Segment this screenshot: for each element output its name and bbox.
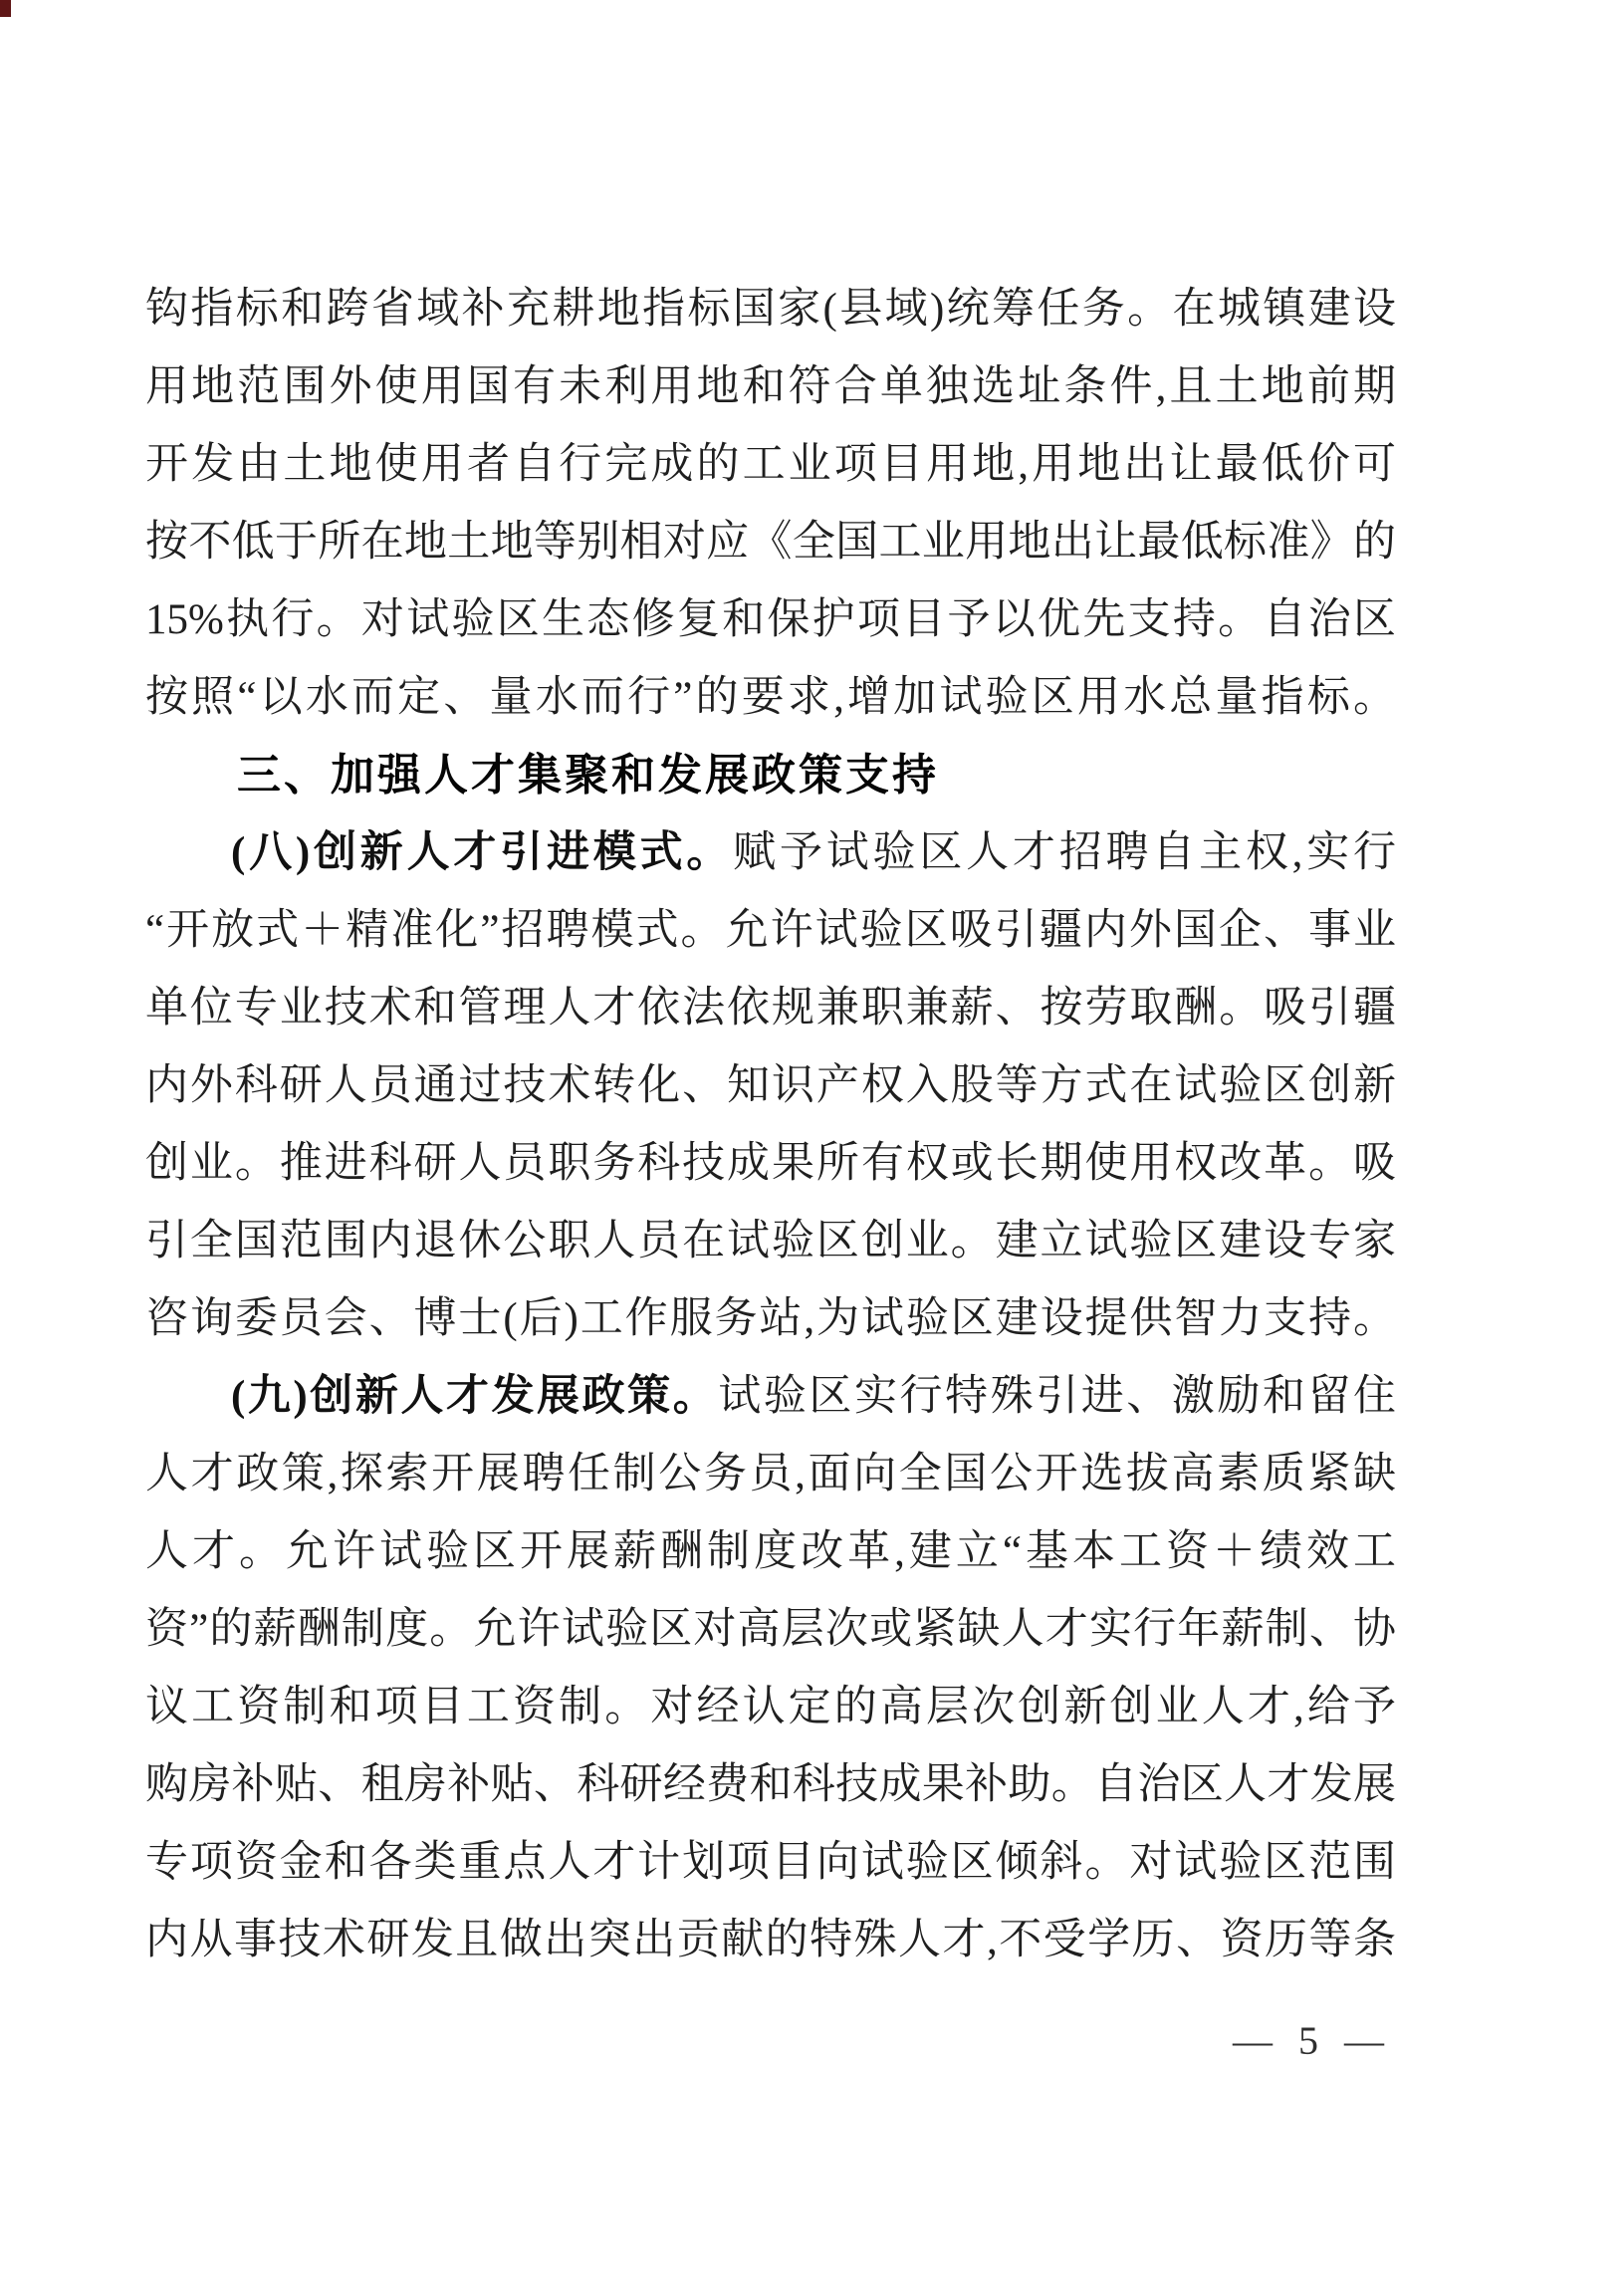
body-line-13: 引全国范围内退休公职人员在试验区创业。建立试验区建设专家 [145, 1203, 1396, 1280]
body-line-22: 内从事技术研发且做出突出贡献的特殊人才,不受学历、资历等条 [145, 1902, 1396, 1979]
section-heading: 三、加强人才集聚和发展政策支持 [145, 737, 1396, 814]
body-line-2: 用地范围外使用国有未利用地和符合单独选址条件,且土地前期 [145, 348, 1396, 426]
body-line-1: 钩指标和跨省域补充耕地指标国家(县域)统筹任务。在城镇建设 [145, 271, 1396, 348]
body-line-18: 资”的薪酬制度。允许试验区对高层次或紧缺人才实行年薪制、协 [145, 1591, 1396, 1669]
body-line-20: 购房补贴、租房补贴、科研经费和科技成果补助。自治区人才发展 [145, 1746, 1396, 1824]
body-line-4: 按不低于所在地土地等别相对应《全国工业用地出让最低标准》的 [145, 504, 1396, 581]
scan-artifact [0, 0, 11, 17]
clause-9-text: 试验区实行特殊引进、激励和留住 [718, 1373, 1396, 1420]
body-line-17: 人才。允许试验区开展薪酬制度改革,建立“基本工资＋绩效工 [145, 1513, 1396, 1591]
body-line-16: 人才政策,探索开展聘任制公务员,面向全国公开选拔高素质紧缺 [145, 1436, 1396, 1513]
body-line-5: 15%执行。对试验区生态修复和保护项目予以优先支持。自治区 [145, 581, 1396, 659]
body-line-19: 议工资制和项目工资制。对经认定的高层次创新创业人才,给予 [145, 1669, 1396, 1746]
body-line-3: 开发由土地使用者自行完成的工业项目用地,用地出让最低价可 [145, 426, 1396, 504]
body-line-11: 内外科研人员通过技术转化、知识产权入股等方式在试验区创新 [145, 1047, 1396, 1125]
body-line-14: 咨询委员会、博士(后)工作服务站,为试验区建设提供智力支持。 [145, 1280, 1396, 1358]
body-line-10: 单位专业技术和管理人才依法依规兼职兼薪、按劳取酬。吸引疆 [145, 970, 1396, 1047]
clause-8-text: 赋予试验区人才招聘自主权,实行 [733, 829, 1396, 876]
clause-8-title: (八)创新人才引进模式。 [231, 829, 733, 876]
clause-9-title: (九)创新人才发展政策。 [231, 1373, 718, 1420]
page-number: — 5 — [1233, 2011, 1392, 2071]
document-body: 钩指标和跨省域补充耕地指标国家(县域)统筹任务。在城镇建设 用地范围外使用国有未… [145, 271, 1396, 1979]
clause-8-first-line: (八)创新人才引进模式。赋予试验区人才招聘自主权,实行 [145, 814, 1396, 892]
document-page: 钩指标和跨省域补充耕地指标国家(县域)统筹任务。在城镇建设 用地范围外使用国有未… [0, 0, 1623, 2296]
body-line-21: 专项资金和各类重点人才计划项目向试验区倾斜。对试验区范围 [145, 1824, 1396, 1902]
body-line-6: 按照“以水而定、量水而行”的要求,增加试验区用水总量指标。 [145, 659, 1396, 737]
body-line-12: 创业。推进科研人员职务科技成果所有权或长期使用权改革。吸 [145, 1125, 1396, 1203]
body-line-9: “开放式＋精准化”招聘模式。允许试验区吸引疆内外国企、事业 [145, 892, 1396, 970]
clause-9-first-line: (九)创新人才发展政策。试验区实行特殊引进、激励和留住 [145, 1358, 1396, 1436]
